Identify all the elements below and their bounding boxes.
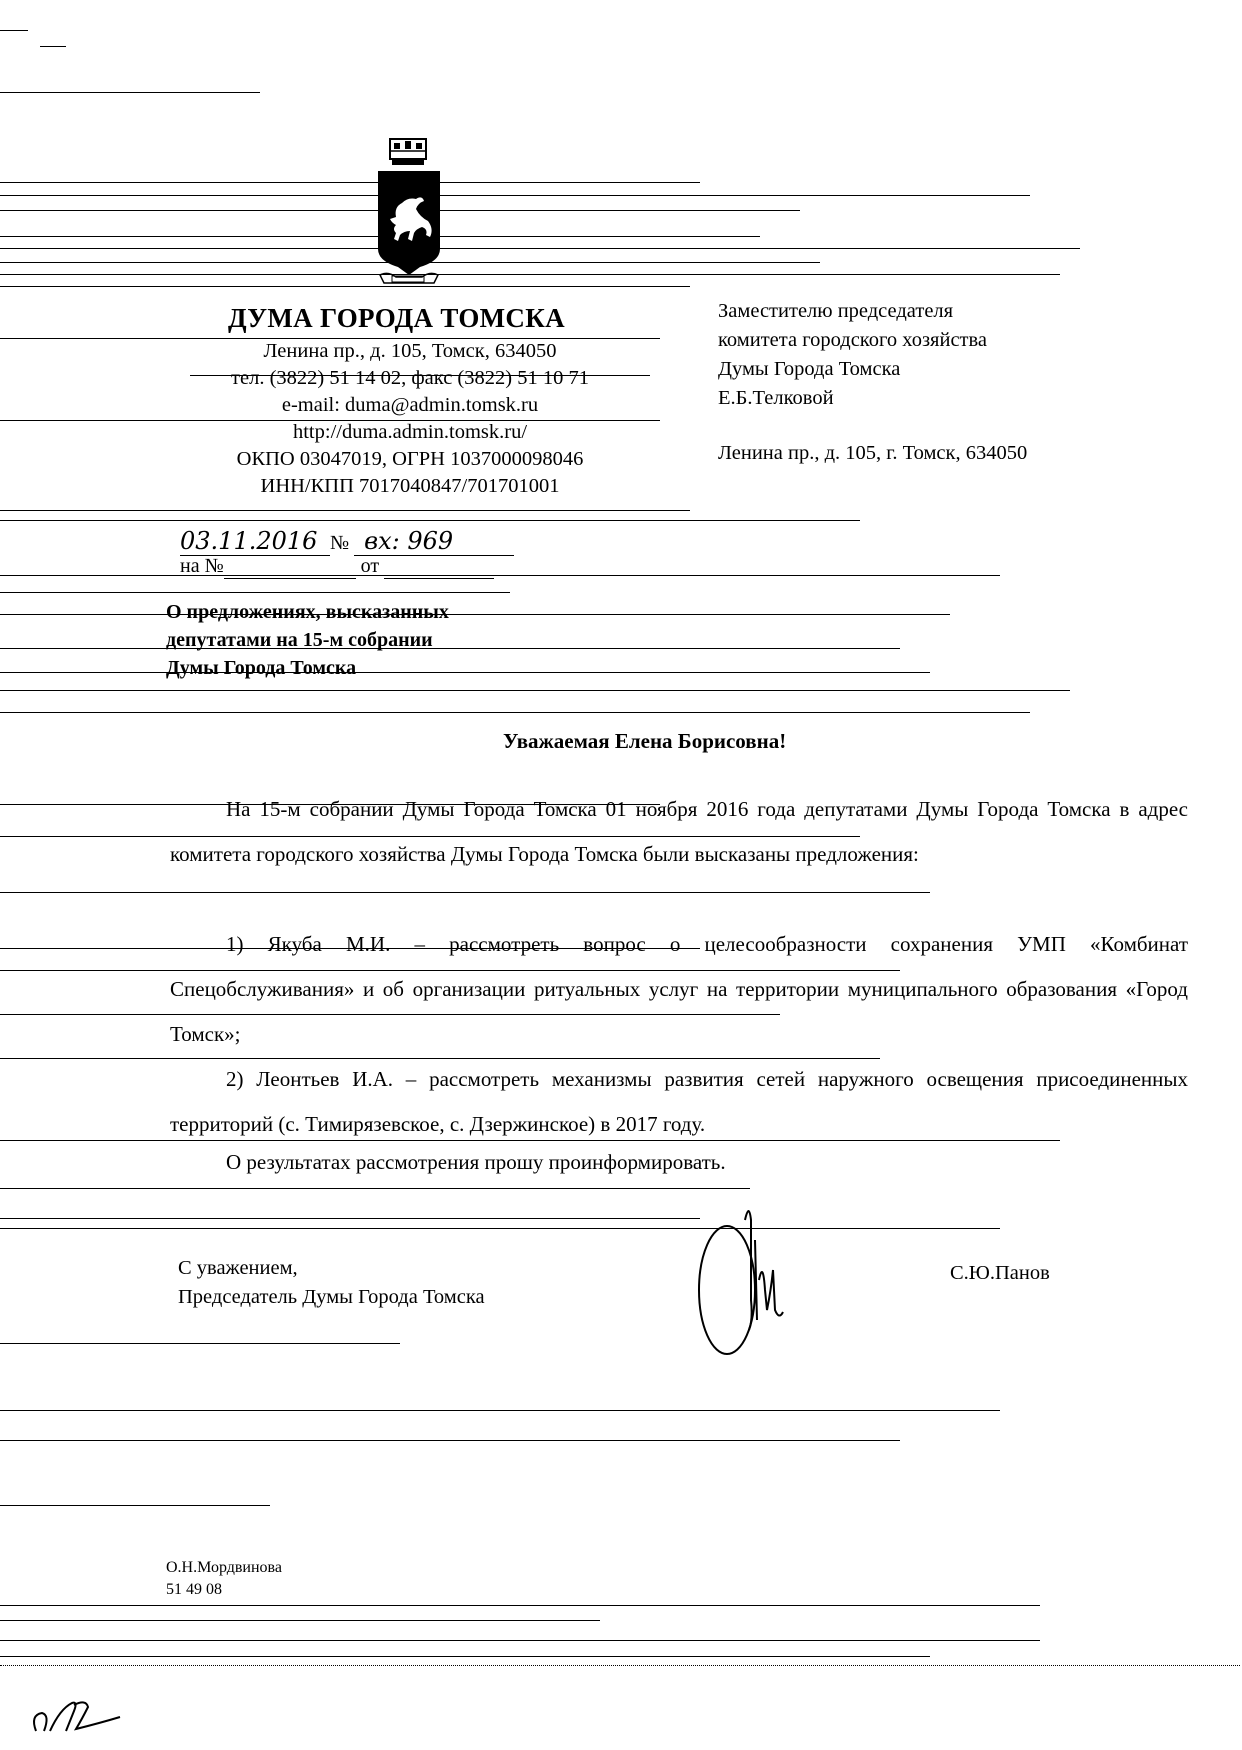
proposal-item-2: 2) Леонтьев И.А. – рассмотреть механизмы… [170, 1057, 1188, 1147]
request-paragraph: О результатах рассмотрения прошу проинфо… [170, 1140, 1188, 1185]
scan-artifact [0, 892, 930, 893]
scan-artifact [0, 1640, 1040, 1641]
org-email: e-mail: duma@admin.tomsk.ru [180, 392, 640, 418]
item-number: 2) [226, 1067, 244, 1091]
executor-block: О.Н.Мордвинова 51 49 08 [166, 1557, 282, 1601]
executor-name: О.Н.Мордвинова [166, 1557, 282, 1579]
scan-artifact [0, 1410, 1000, 1411]
closing-block: С уважением, Председатель Думы Города То… [178, 1254, 485, 1312]
proposal-item-1: 1) Якуба М.И. – рассмотреть вопрос о цел… [170, 922, 1188, 1057]
addressee-line: Е.Б.Телковой [718, 384, 1138, 413]
subject-block: О предложениях, высказанных депутатами н… [166, 598, 566, 682]
org-okpo-ogrn: ОКПО 03047019, ОГРН 1037000098046 [180, 446, 640, 472]
subject-line: депутатами на 15-м собрании [166, 626, 566, 654]
number-label: № [330, 532, 349, 554]
scan-artifact [0, 1343, 400, 1344]
ref-number-label: на № [180, 555, 224, 577]
scan-artifact [0, 1505, 270, 1506]
scan-artifact [0, 1440, 900, 1441]
addressee-address: Ленина пр., д. 105, г. Томск, 634050 [718, 442, 1027, 465]
scan-artifact [0, 248, 1080, 249]
greeting: Уважаемая Елена Борисовна! [503, 729, 786, 754]
subject-line: Думы Города Томска [166, 654, 566, 682]
ref-date-blank [384, 555, 494, 579]
crown-icon [390, 139, 426, 165]
scan-artifact [0, 1665, 1240, 1667]
subject-line: О предложениях, высказанных [166, 598, 566, 626]
org-phone-fax: тел. (3822) 51 14 02, факс (3822) 51 10 … [180, 365, 640, 391]
registration-row: 03.11.2016№ вх: 969 [180, 527, 514, 556]
item-text: Леонтьев И.А. – рассмотреть механизмы ра… [170, 1067, 1188, 1136]
org-address: Ленина пр., д. 105, Томск, 634050 [180, 338, 640, 364]
handwritten-initials [30, 1695, 130, 1735]
scan-artifact [0, 712, 1030, 713]
org-inn-kpp: ИНН/КПП 7017040847/701701001 [180, 473, 640, 499]
addressee-line: Думы Города Томска [718, 355, 1138, 384]
executor-phone: 51 49 08 [166, 1579, 282, 1601]
item-text: Якуба М.И. – рассмотреть вопрос о целесо… [170, 932, 1188, 1046]
scan-artifact [0, 1188, 750, 1189]
signer-name: С.Ю.Панов [950, 1262, 1050, 1285]
intro-paragraph: На 15-м собрании Думы Города Томска 01 н… [170, 787, 1188, 877]
scan-artifact [0, 690, 1070, 691]
item-number: 1) [226, 932, 244, 956]
scan-artifact [0, 30, 28, 31]
scan-artifact [0, 92, 260, 93]
ref-number-blank [224, 555, 356, 579]
signature [685, 1200, 815, 1360]
closing-position: Председатель Думы Города Томска [178, 1283, 485, 1312]
scan-artifact [0, 195, 1030, 196]
scan-artifact [40, 46, 66, 47]
scan-artifact [0, 274, 1060, 275]
handwritten-number: вх: 969 [354, 527, 514, 556]
scan-artifact [0, 182, 700, 183]
addressee-block: Заместителю председателя комитета городс… [718, 297, 1138, 413]
scan-artifact [0, 1656, 930, 1657]
scan-artifact [0, 1218, 700, 1219]
scan-artifact [0, 1620, 600, 1621]
addressee-line: комитета городского хозяйства [718, 326, 1138, 355]
coat-of-arms-emblem [358, 137, 458, 287]
scan-artifact [0, 520, 860, 521]
scan-artifact [0, 510, 690, 511]
org-website: http://duma.admin.tomsk.ru/ [180, 419, 640, 445]
scan-artifact [0, 1228, 1000, 1229]
closing-regards: С уважением, [178, 1254, 485, 1283]
addressee-line: Заместителю председателя [718, 297, 1138, 326]
scan-artifact [0, 575, 1000, 576]
scan-artifact [0, 592, 510, 593]
reference-row: на № от [180, 555, 494, 579]
scan-artifact [0, 286, 690, 287]
ref-from-label: от [361, 555, 379, 577]
scan-artifact [0, 1605, 1040, 1606]
handwritten-date: 03.11.2016 [180, 527, 330, 556]
org-name: ДУМА ГОРОДА ТОМСКА [228, 303, 628, 334]
